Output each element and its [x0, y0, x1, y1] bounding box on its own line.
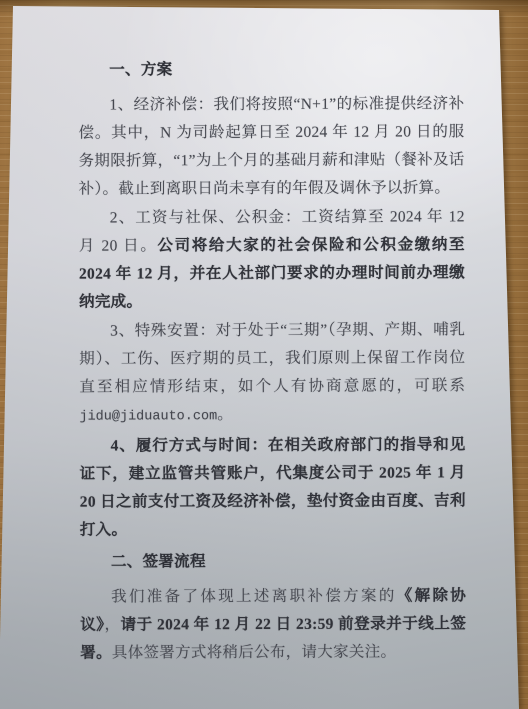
economic-compensation-text: 1、经济补偿：我们将按照“N+1”的标准提供经济补偿。其中，N 为司龄起算日至 … — [78, 95, 464, 197]
signing-followup-text: 具体签署方式将稍后公布，请大家关注。 — [112, 644, 396, 662]
desk-background: 一、方案 1、经济补偿：我们将按照“N+1”的标准提供经济补偿。其中，N 为司龄… — [0, 0, 528, 709]
section-sign-heading: 二、签署流程 — [80, 547, 466, 576]
paragraph-execution: 4、履行方式与时间：在相关政府部门的指导和见证下，建立监管共管账户，代集度公司于… — [80, 431, 466, 544]
document-page: 一、方案 1、经济补偿：我们将按照“N+1”的标准提供经济补偿。其中，N 为司龄… — [0, 0, 528, 709]
document-text-block: 一、方案 1、经济补偿：我们将按照“N+1”的标准提供经济补偿。其中，N 为司龄… — [0, 0, 528, 669]
signing-comma: ， — [104, 617, 120, 634]
paragraph-special-arrangement: 3、特殊安置：对于处于“三期”（孕期、产期、哺乳期）、工伤、医疗期的员工，我们原… — [79, 316, 465, 431]
signing-intro-text: 我们准备了体现上述离职补偿方案的 — [111, 588, 397, 606]
paper-shadow: 一、方案 1、经济补偿：我们将按照“N+1”的标准提供经济补偿。其中，N 为司龄… — [0, 0, 528, 709]
paragraph-economic-compensation: 1、经济补偿：我们将按照“N+1”的标准提供经济补偿。其中，N 为司龄起算日至 … — [78, 90, 464, 203]
paragraph-salary-social-insurance: 2、工资与社保、公积金：工资结算至 2024 年 12 月 20 日。公司将给大… — [79, 203, 465, 316]
special-arrangement-period: 。 — [217, 406, 233, 423]
contact-email: jidu@jiduauto.com — [79, 409, 217, 424]
execution-bold-text: 4、履行方式与时间：在相关政府部门的指导和见证下，建立监管共管账户，代集度公司于… — [80, 436, 466, 538]
section-plan-heading: 一、方案 — [78, 55, 464, 84]
special-arrangement-text: 3、特殊安置：对于处于“三期”（孕期、产期、哺乳期）、工伤、医疗期的员工，我们原… — [79, 321, 465, 395]
paragraph-signing: 我们准备了体现上述离职补偿方案的《解除协议》，请于 2024 年 12 月 22… — [80, 582, 466, 667]
